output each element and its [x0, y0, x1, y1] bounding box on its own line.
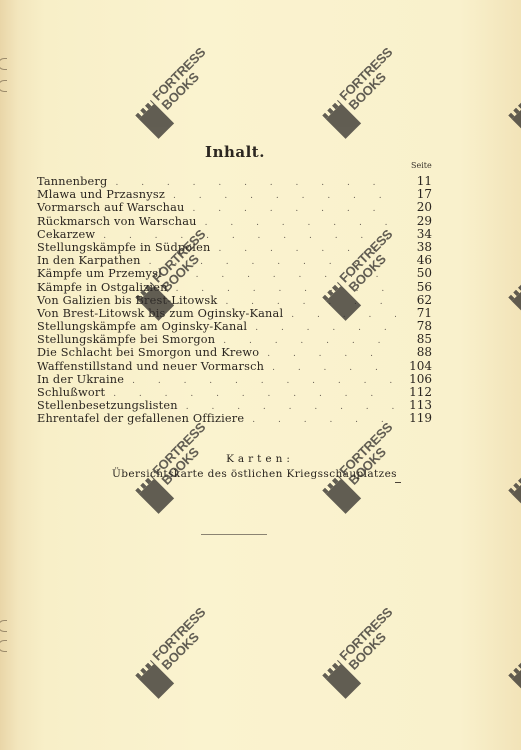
watermark: FORTRESSBOOKS	[505, 620, 521, 701]
toc-entry-label: Ehrentafel der gefallenen Offiziere	[37, 412, 244, 425]
book-icon	[512, 104, 521, 139]
toc-entry: Stellenbesetzungslisten113	[37, 399, 432, 412]
watermark: FORTRESSBOOKS	[505, 242, 521, 323]
toc-entry-label: In der Ukraine	[37, 373, 124, 386]
toc-entry-label: Kämpfe in Ostgalizien	[37, 281, 168, 294]
watermark-text: FORTRESS	[149, 45, 208, 104]
leader-dots	[132, 375, 396, 388]
toc-entry-label: Stellungskämpfe in Südpolen	[37, 241, 211, 254]
toc-entry-label: Stellenbesetzungslisten	[37, 399, 178, 412]
page-edge-mark	[0, 640, 7, 652]
maps-heading: Karten:	[0, 453, 520, 465]
watermark-text: BOOKS	[346, 629, 389, 672]
page-edge-mark	[0, 58, 7, 70]
toc-entry: In den Karpathen46	[37, 254, 432, 267]
watermark-text: BOOKS	[159, 629, 202, 672]
leader-dots	[267, 348, 396, 361]
leader-dots	[255, 322, 396, 335]
toc-entry-page: 29	[402, 215, 432, 228]
watermark-text: FORTRESS	[336, 605, 395, 664]
toc-entry-page: 50	[402, 267, 432, 280]
maps-item: Übersichtskarte des östlichen Kriegsscha…	[112, 468, 397, 480]
toc-entry-label: Schlußwort	[37, 386, 105, 399]
page-title: Inhalt.	[0, 143, 470, 161]
watermark-text: BOOKS	[159, 69, 202, 112]
maps-dash	[395, 482, 401, 483]
toc-entry-label: Stellungskämpfe am Oginsky-Kanal	[37, 320, 247, 333]
watermark: FORTRESSBOOKS	[505, 60, 521, 141]
toc-entry: Rückmarsch von Warschau29	[37, 215, 432, 228]
toc-entry-label: Rückmarsch von Warschau	[37, 215, 197, 228]
toc-entry-page: 88	[402, 346, 432, 359]
toc-entry: Stellungskämpfe in Südpolen38	[37, 241, 432, 254]
page-edge-mark	[0, 80, 7, 92]
watermark-text: FORTRESS	[149, 605, 208, 664]
toc-entry: Mlawa und Przasnysz17	[37, 188, 432, 201]
leader-dots	[291, 309, 396, 322]
book-page: Inhalt. Seite Tannenberg11 Mlawa und Prz…	[0, 0, 521, 750]
watermark: FORTRESSBOOKS	[132, 620, 213, 701]
toc-entry-label: Tannenberg	[37, 175, 107, 188]
toc-entry: Von Galizien bis Brest-Litowsk62	[37, 294, 432, 307]
toc-entry: Kämpfe in Ostgalizien56	[37, 281, 432, 294]
section-divider	[201, 534, 267, 535]
toc-entry-label: Mlawa und Przasnysz	[37, 188, 165, 201]
toc-entry-page: 62	[402, 294, 432, 307]
book-icon	[139, 664, 174, 699]
toc-entry-label: Die Schlacht bei Smorgon und Krewo	[37, 346, 259, 359]
toc-entry-label: Waffenstillstand und neuer Vormarsch	[37, 360, 264, 373]
leader-dots	[252, 414, 396, 427]
toc-entry: Vormarsch auf Warschau20	[37, 201, 432, 214]
watermark-text: BOOKS	[346, 69, 389, 112]
watermark-text: FORTRESS	[336, 45, 395, 104]
watermark: FORTRESSBOOKS	[505, 435, 521, 516]
toc-entry-label: Cekarzew	[37, 228, 95, 241]
toc-entry-page: 104	[402, 360, 432, 373]
book-icon	[326, 664, 361, 699]
toc-entry: In der Ukraine106	[37, 373, 432, 386]
toc-entry-page: 20	[402, 201, 432, 214]
leader-dots	[149, 256, 396, 269]
book-icon	[326, 104, 361, 139]
leader-dots	[205, 217, 396, 230]
toc-entry: Schlußwort112	[37, 386, 432, 399]
toc-entry: Ehrentafel der gefallenen Offiziere119	[37, 412, 432, 425]
watermark-text: BOOKS	[346, 444, 389, 487]
book-icon	[512, 664, 521, 699]
toc-entry: Kämpfe um Przemysl50	[37, 267, 432, 280]
watermark: FORTRESSBOOKS	[319, 620, 400, 701]
toc-entry-label: Vormarsch auf Warschau	[37, 201, 185, 214]
watermark: FORTRESSBOOKS	[132, 60, 213, 141]
toc-entry: Tannenberg11	[37, 175, 432, 188]
page-column-header: Seite	[411, 161, 432, 170]
watermark: FORTRESSBOOKS	[319, 60, 400, 141]
toc-entry: Cekarzew34	[37, 228, 432, 241]
toc-entry-label: Von Brest-Litowsk bis zum Oginsky-Kanal	[37, 307, 283, 320]
book-icon	[512, 286, 521, 321]
book-icon	[512, 479, 521, 514]
toc-entry: Die Schlacht bei Smorgon und Krewo88	[37, 346, 432, 359]
book-icon	[139, 104, 174, 139]
book-icon	[139, 479, 174, 514]
toc-entry: Von Brest-Litowsk bis zum Oginsky-Kanal7…	[37, 307, 432, 320]
leader-dots	[193, 203, 396, 216]
leader-dots	[173, 190, 396, 203]
toc-entry: Stellungskämpfe am Oginsky-Kanal78	[37, 320, 432, 333]
toc-entry-page: 56	[402, 281, 432, 294]
toc-entry-label: Stellungskämpfe bei Smorgon	[37, 333, 215, 346]
watermark-text: BOOKS	[159, 444, 202, 487]
toc-entry-page: 34	[402, 228, 432, 241]
leader-dots	[219, 243, 397, 256]
leader-dots	[170, 269, 396, 282]
toc-entry: Stellungskämpfe bei Smorgon85	[37, 333, 432, 346]
table-of-contents: Tannenberg11 Mlawa und Przasnysz17 Vorma…	[37, 175, 432, 426]
toc-entry-page: 119	[402, 412, 432, 425]
toc-entry-label: In den Karpathen	[37, 254, 141, 267]
book-icon	[326, 479, 361, 514]
leader-dots	[272, 362, 396, 375]
toc-entry: Waffenstillstand und neuer Vormarsch104	[37, 360, 432, 373]
page-edge-mark	[0, 620, 7, 632]
toc-entry-label: Von Galizien bis Brest-Litowsk	[37, 294, 217, 307]
toc-entry-label: Kämpfe um Przemysl	[37, 267, 162, 280]
